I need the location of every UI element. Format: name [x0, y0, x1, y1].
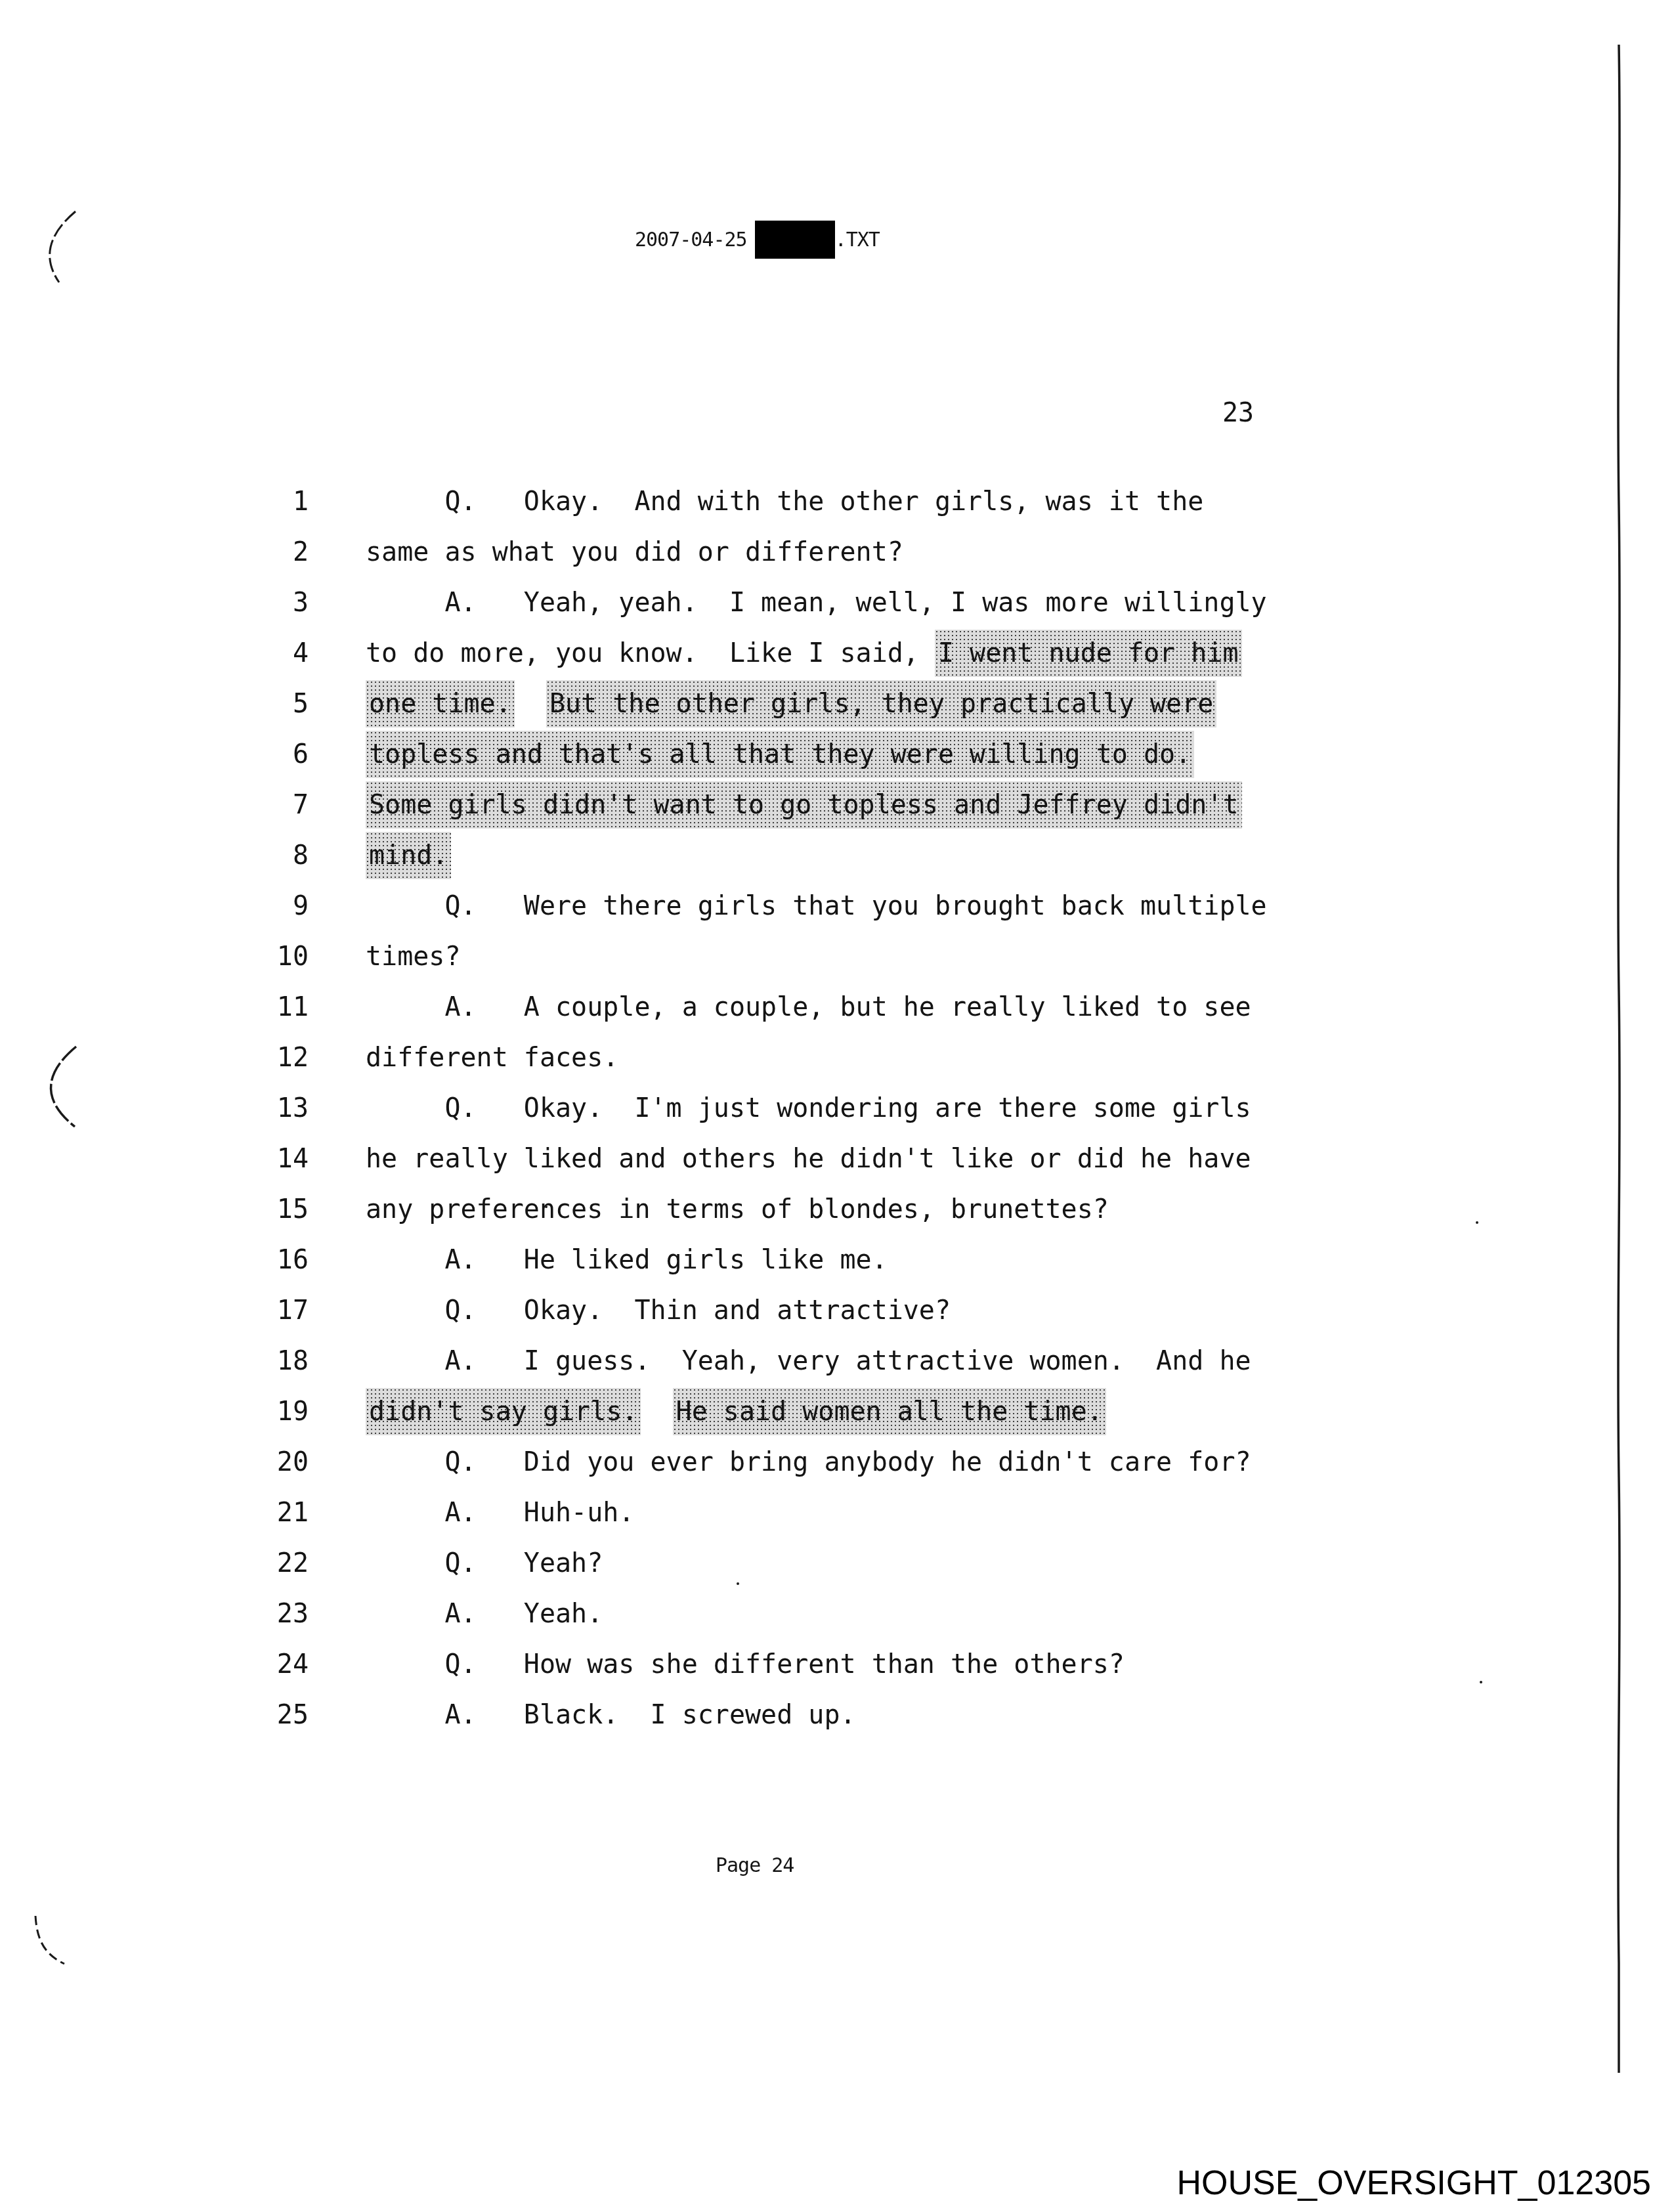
transcript-line: 12different faces.: [0, 1033, 1674, 1083]
line-text: A. Huh-uh.: [366, 1498, 634, 1528]
line-text: Q. How was she different than the others…: [366, 1649, 1125, 1680]
line-text: A. He liked girls like me.: [366, 1245, 888, 1275]
highlighted-text: topless and that's all that they were wi…: [366, 731, 1194, 778]
transcript-line: 15any preferences in terms of blondes, b…: [0, 1184, 1674, 1235]
line-number: 11: [0, 982, 309, 1033]
transcript-line: 16 A. He liked girls like me.: [0, 1235, 1674, 1286]
line-text: A. A couple, a couple, but he really lik…: [366, 992, 1251, 1022]
transcript-line: 10times?: [0, 932, 1674, 982]
transcript-line: 3 A. Yeah, yeah. I mean, well, I was mor…: [0, 578, 1674, 628]
line-text: A. Yeah.: [366, 1599, 603, 1629]
line-number: 24: [0, 1639, 309, 1690]
transcript-line: 11 A. A couple, a couple, but he really …: [0, 982, 1674, 1033]
transcript-line: 4to do more, you know. Like I said, I we…: [0, 628, 1674, 679]
line-text: A. Black. I screwed up.: [366, 1700, 856, 1730]
transcript-line: 20 Q. Did you ever bring anybody he didn…: [0, 1437, 1674, 1488]
bates-number: HOUSE_OVERSIGHT_012305: [1176, 2163, 1651, 2203]
transcript-line: 22 Q. Yeah?: [0, 1538, 1674, 1589]
line-text: to do more, you know. Like I said,: [366, 638, 935, 668]
header-file-extension: .TXT: [835, 228, 880, 251]
transcript-line: 24 Q. How was she different than the oth…: [0, 1639, 1674, 1690]
line-number: 5: [0, 679, 309, 729]
page-footer-label: Page 24: [716, 1854, 794, 1877]
transcript-line: 6topless and that's all that they were w…: [0, 729, 1674, 780]
line-number: 8: [0, 831, 309, 881]
header-date: 2007-04-25: [635, 228, 747, 251]
line-text: same as what you did or different?: [366, 537, 903, 567]
line-text: Q. Okay. Thin and attractive?: [366, 1295, 951, 1326]
transcript-line: 5one time. But the other girls, they pra…: [0, 679, 1674, 729]
transcript-line: 1 Q. Okay. And with the other girls, was…: [0, 477, 1674, 527]
line-number: 16: [0, 1235, 309, 1286]
line-number: 15: [0, 1184, 309, 1235]
line-text: different faces.: [366, 1043, 618, 1073]
transcript-line: 23 A. Yeah.: [0, 1589, 1674, 1639]
line-number: 21: [0, 1488, 309, 1538]
line-text: Q. Did you ever bring anybody he didn't …: [366, 1447, 1251, 1477]
line-number: 18: [0, 1336, 309, 1387]
transcript-line: 9 Q. Were there girls that you brought b…: [0, 881, 1674, 932]
line-text: Q. Okay. And with the other girls, was i…: [366, 487, 1203, 517]
line-text: [641, 1397, 672, 1427]
highlighted-text: didn't say girls.: [366, 1388, 641, 1435]
line-number: 6: [0, 729, 309, 780]
line-text: A. Yeah, yeah. I mean, well, I was more …: [366, 588, 1267, 618]
page-number-top: 23: [1222, 398, 1254, 428]
line-number: 7: [0, 780, 309, 831]
line-number: 10: [0, 932, 309, 982]
transcript-line: 18 A. I guess. Yeah, very attractive wom…: [0, 1336, 1674, 1387]
line-text: times?: [366, 942, 461, 972]
line-number: 2: [0, 527, 309, 578]
scan-arc-bottom-left: [35, 1916, 64, 1964]
highlighted-text: Some girls didn't want to go topless and…: [366, 781, 1242, 829]
line-text: he really liked and others he didn't lik…: [366, 1144, 1251, 1174]
line-text: A. I guess. Yeah, very attractive women.…: [366, 1346, 1251, 1376]
line-text: Q. Were there girls that you brought bac…: [366, 891, 1267, 921]
highlighted-text: He said women all the time.: [673, 1388, 1106, 1435]
transcript-line: 17 Q. Okay. Thin and attractive?: [0, 1286, 1674, 1336]
line-text: Q. Yeah?: [366, 1548, 603, 1578]
line-number: 22: [0, 1538, 309, 1589]
transcript-line: 25 A. Black. I screwed up.: [0, 1690, 1674, 1741]
redaction-box: [755, 221, 835, 259]
transcript-line: 21 A. Huh-uh.: [0, 1488, 1674, 1538]
scan-arc-top-left: [50, 211, 75, 282]
transcript-line: 14he really liked and others he didn't l…: [0, 1134, 1674, 1184]
line-number: 20: [0, 1437, 309, 1488]
line-number: 19: [0, 1387, 309, 1437]
line-number: 4: [0, 628, 309, 679]
line-number: 23: [0, 1589, 309, 1639]
line-number: 25: [0, 1690, 309, 1741]
transcript-line: 19didn't say girls. He said women all th…: [0, 1387, 1674, 1437]
highlighted-text: one time.: [366, 680, 515, 727]
line-text: Q. Okay. I'm just wondering are there so…: [366, 1093, 1251, 1123]
line-number: 17: [0, 1286, 309, 1336]
document-header: 2007-04-25 .TXT: [635, 221, 880, 259]
transcript-line: 8mind.: [0, 831, 1674, 881]
transcript-line: 7Some girls didn't want to go topless an…: [0, 780, 1674, 831]
line-number: 12: [0, 1033, 309, 1083]
line-number: 13: [0, 1083, 309, 1134]
highlighted-text: mind.: [366, 832, 451, 879]
line-number: 14: [0, 1134, 309, 1184]
line-number: 3: [0, 578, 309, 628]
line-number: 1: [0, 477, 309, 527]
transcript-line: 2same as what you did or different?: [0, 527, 1674, 578]
highlighted-text: But the other girls, they practically we…: [546, 680, 1216, 727]
highlighted-text: I went nude for him: [935, 630, 1242, 677]
scanned-transcript-page: 2007-04-25 .TXT 23 1 Q. Okay. And with t…: [0, 0, 1674, 2212]
transcript-line: 13 Q. Okay. I'm just wondering are there…: [0, 1083, 1674, 1134]
line-number: 9: [0, 881, 309, 932]
transcript-body: 1 Q. Okay. And with the other girls, was…: [0, 477, 1674, 1741]
line-text: [515, 689, 546, 719]
line-text: any preferences in terms of blondes, bru…: [366, 1194, 1109, 1225]
